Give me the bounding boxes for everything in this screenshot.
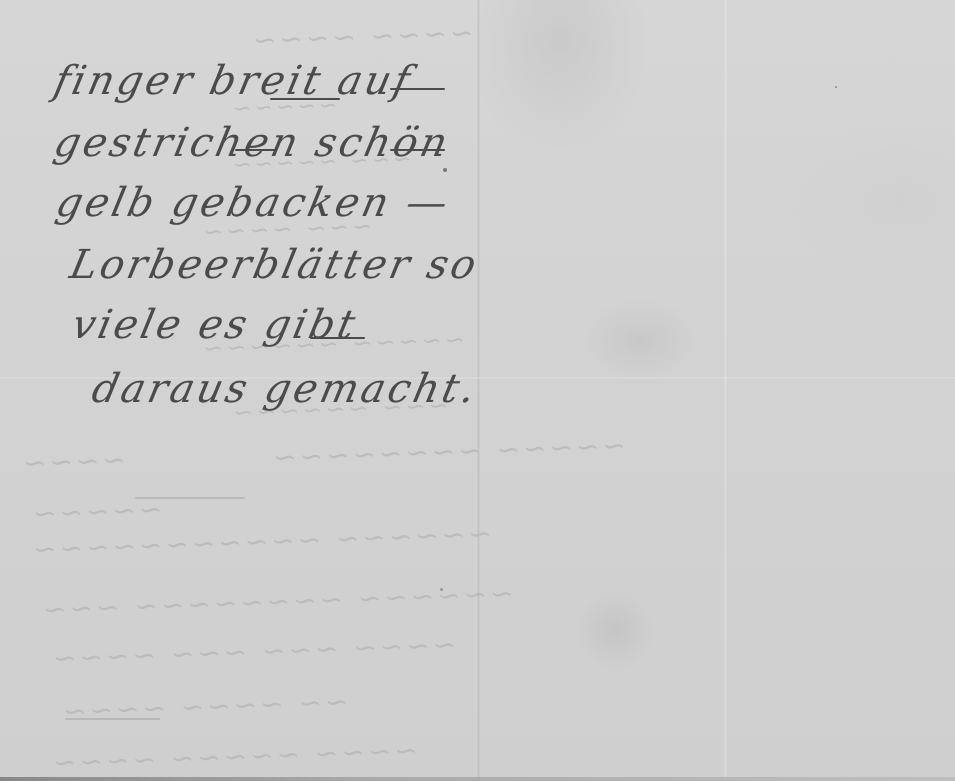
paper-speck: [835, 86, 837, 88]
underscore-stroke: [310, 337, 365, 339]
bleed-through-ink: ~~~~~ ~~~~~~~~: [270, 429, 627, 474]
handwritten-line-2: gestrichen schön: [50, 120, 454, 166]
handwritten-line-4: Lorbeerblätter so: [66, 242, 483, 288]
handwritten-line-1: finger breit auf: [50, 58, 417, 104]
underscore-stroke: [270, 98, 340, 100]
bleed-through-ink: ~~~~~~ ~~~~~~~~ ~~~: [40, 577, 515, 627]
bleed-through-ink: ~~~~ ~~~ ~~~ ~~~~: [50, 628, 457, 675]
bleed-through-ink: ~~~~: [19, 443, 126, 480]
handwritten-line-6: daraus gemacht.: [88, 366, 482, 412]
underscore-stroke: [390, 149, 445, 151]
bleed-through-ink: ~~~~ ~~~~~ ~~~~: [50, 734, 419, 780]
vertical-fold-line: [477, 0, 480, 781]
scan-bottom-edge: [0, 777, 955, 781]
vertical-fold-line-light: [724, 0, 727, 781]
document-page: ~~~~ ~~~~ ~~~~~ ~~~ ~~~~~ ~~~ ~~~~ ~~~~~…: [0, 0, 955, 781]
bleed-through-ink: ~~~~~: [29, 493, 162, 531]
paper-speck: [443, 168, 447, 172]
underscore-stroke: [390, 88, 445, 90]
paper-speck: [440, 588, 443, 591]
bleed-through-ink: ~~~~ ~~~~: [249, 16, 474, 57]
bleed-through-ink: ~~ ~~~~ ~~~~: [60, 685, 349, 728]
handwritten-line-3: gelb gebacken —: [52, 180, 455, 226]
underscore-stroke: [235, 149, 275, 151]
handwritten-line-5: viele es gibt: [68, 302, 362, 348]
